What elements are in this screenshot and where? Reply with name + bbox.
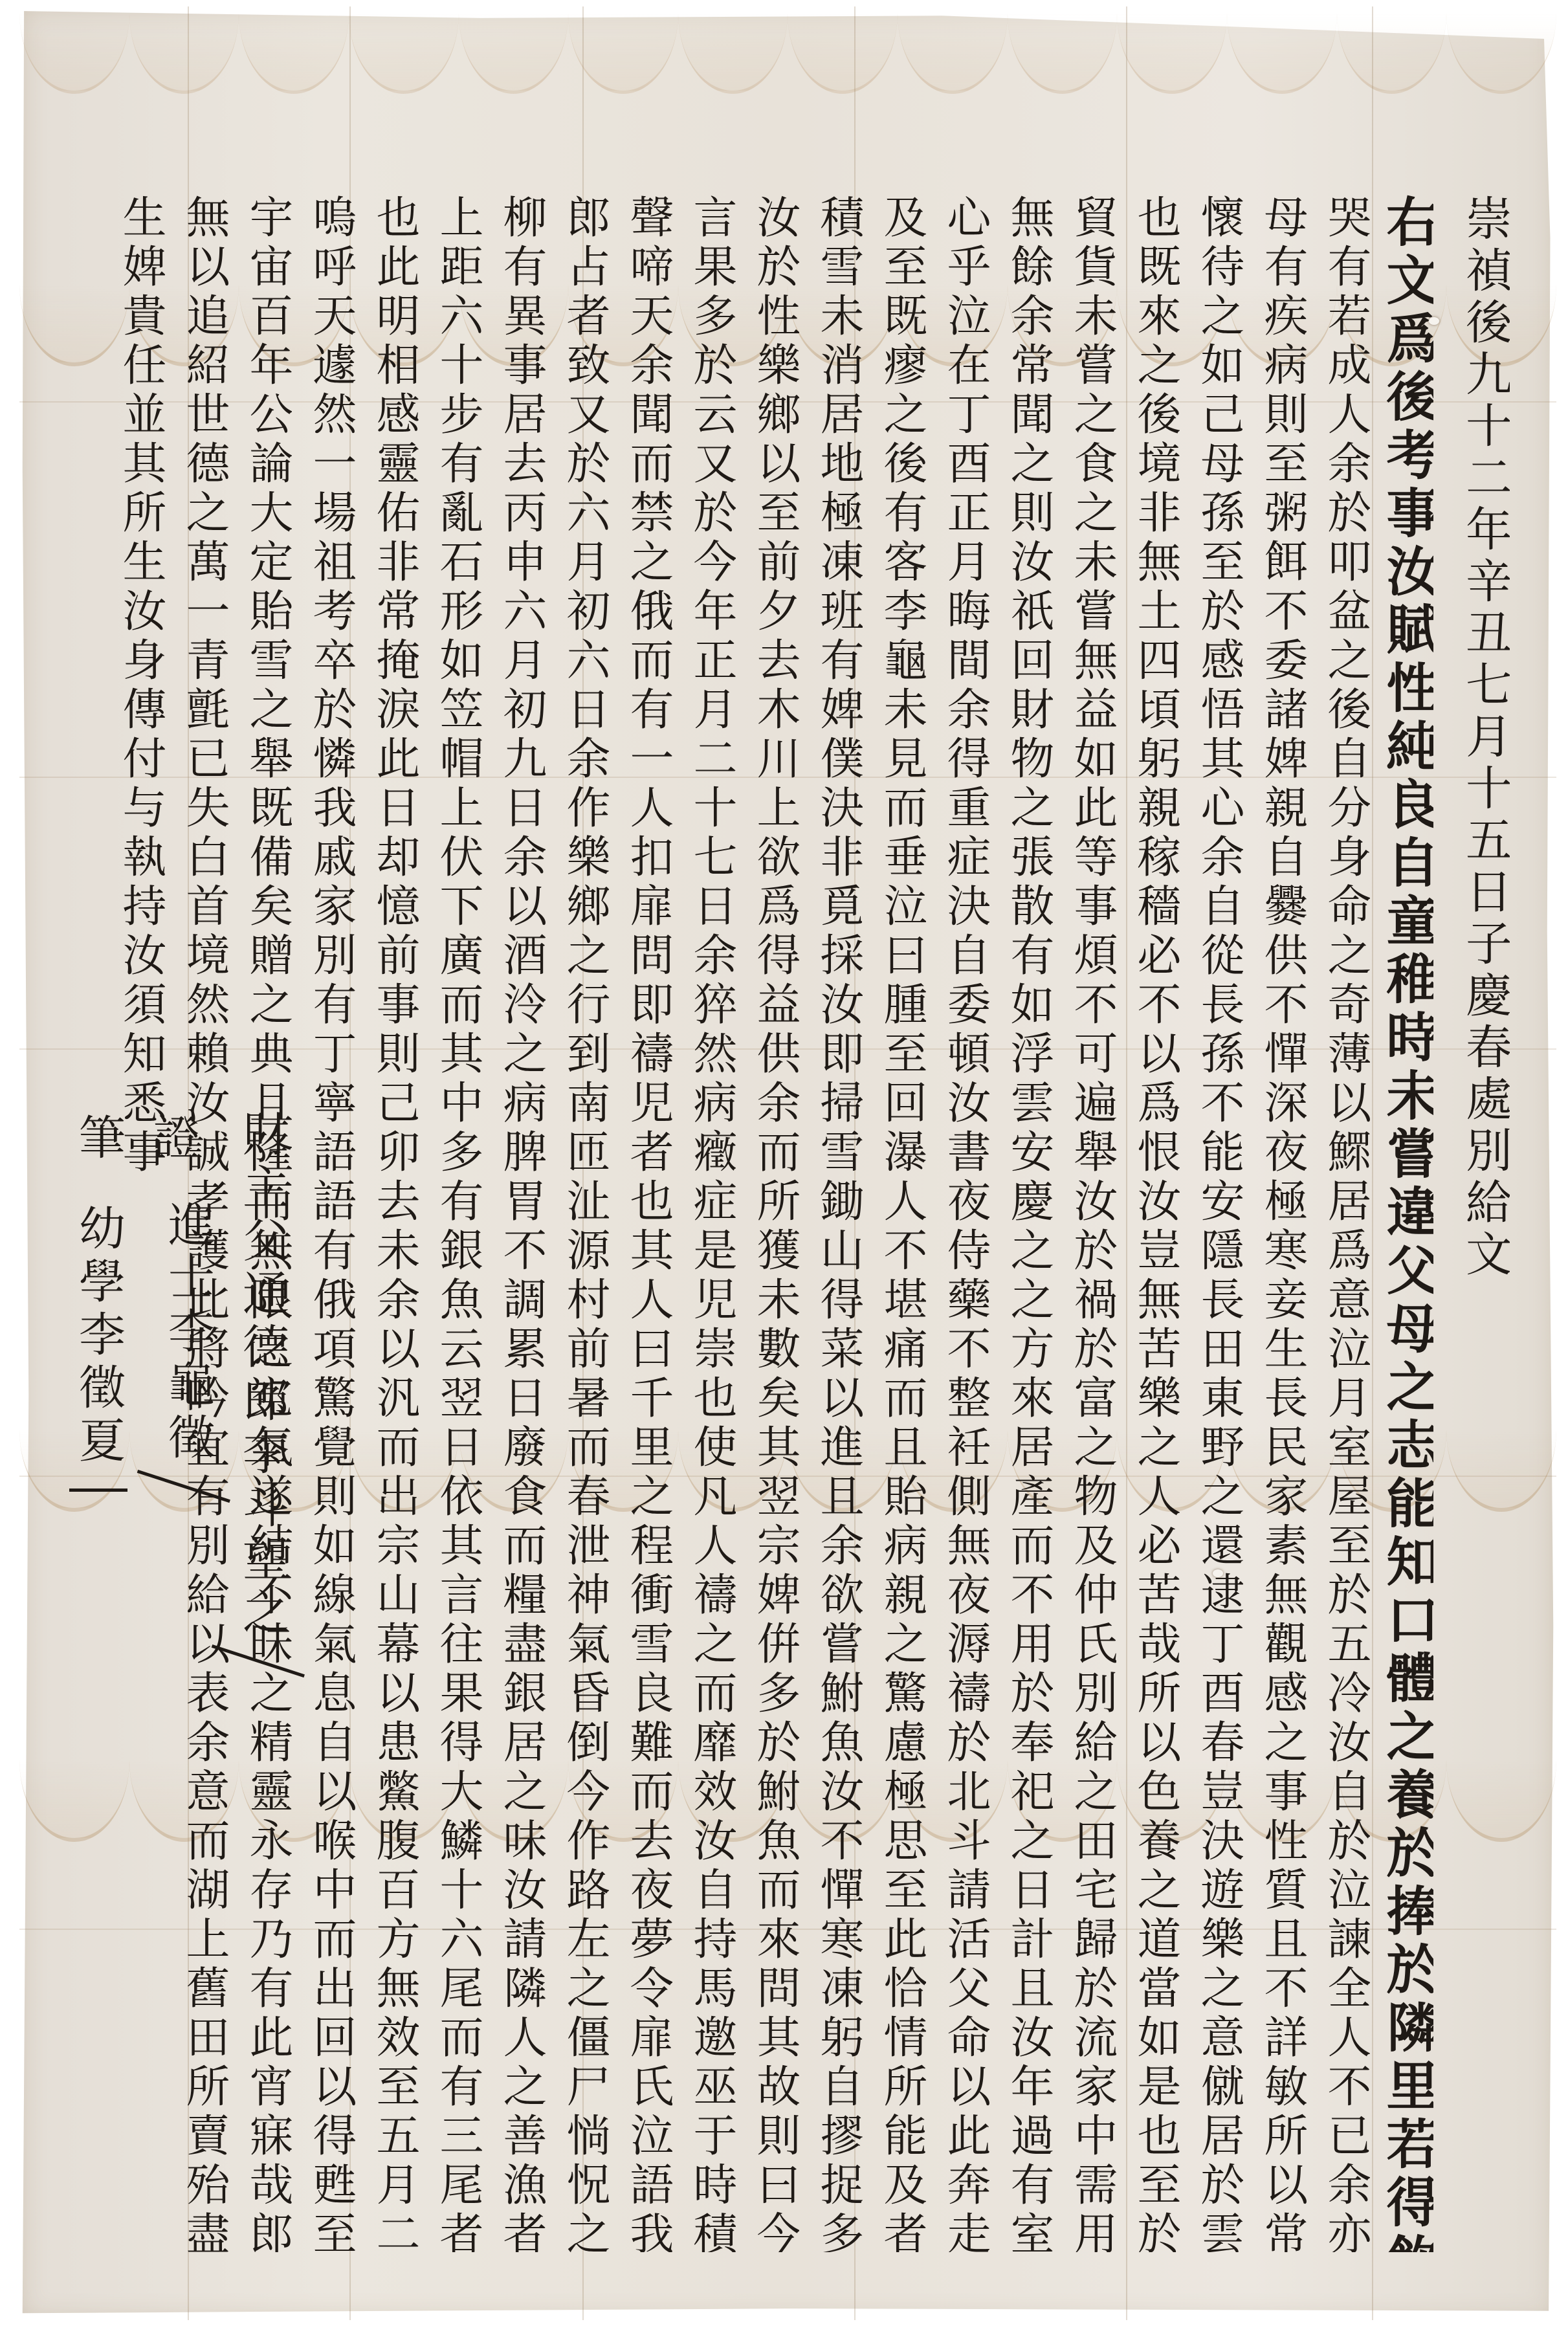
- text-columns: 崇禎後九十二年辛丑七月十五日子慶春處別給文 右文爲後考事汝賦性純良自童稚時未嘗違…: [116, 194, 1510, 2252]
- witness-label-block: 證: [139, 1113, 206, 1166]
- text-column: 也此明相感靈佑非常掩淚此日却憶前事則己卯去未余以汎而出宗山幕以患鱉腹百方無效至五…: [370, 194, 419, 2252]
- text-column: 無餘余常聞之則汝祇回財物之張散有如浮雲安慶之之方來居產而不用於奉祀之日計且汝年過…: [1004, 194, 1053, 2252]
- text-column: 聲啼天余聞而禁之俄而有一人扣扉問即禱児者也其人曰千里之程衝雪良難而去夜夢令扉氏泣…: [623, 194, 672, 2252]
- witness-label: 證: [139, 1113, 206, 1166]
- scribe-signature: 幼學李徵夏: [65, 1204, 132, 1492]
- text-column: 懷待之如己母孫至於感悟其心余自從長孫不能安隱長田東野之還逮丁酉春豈決遊樂之意僦居…: [1194, 194, 1243, 2252]
- text-column: 上距六十步有亂石形如笠帽上伏下廣而其中多有銀魚云翌日依其言往果得大鱗十六尾而有三…: [433, 194, 482, 2252]
- text-column: 也既來之後境非無土四頃躬親稼穡必不以爲恨汝豈無苦樂之人必苦哉所以色養之道當如是也…: [1131, 194, 1180, 2252]
- text-column: 母有疾病則至粥餌不委諸婢親自爨供不憚深夜極寒妾生長民家素無觀感之事性質且不詳敏所…: [1257, 194, 1307, 2252]
- scribe-label-block: 筆: [65, 1113, 132, 1166]
- text-column: 言果多於云又於今年正月二十七日余猝然病癥症是児崇也使凡人禱之而靡效汝自持馬邀巫于…: [687, 194, 736, 2252]
- text-column: 右文爲後考事汝賦性純良自童稚時未嘗違父母之志能知口體之養於捧於隣里若得飲食之物則…: [1384, 194, 1433, 2252]
- water-stain-top: [19, 13, 1556, 91]
- signature-stroke: [69, 1463, 127, 1492]
- text-column: 嗚呼天遽然一場祖考卒於憐我戚家別有丁寧語語有俄項驚覺則如線氣息自以喉中而出回以得…: [306, 194, 355, 2252]
- text-column: 柳有異事居去丙申六月初九日余以酒泠之病脾胃不調累日廢食而糧盡銀居之味汝請隣人之善…: [496, 194, 546, 2252]
- text-column: 哭有若成人余於叩盆之後自分身命之奇薄以鰥居爲意泣月室屋至於五冷汝自於泣諫全人不已…: [1321, 194, 1370, 2252]
- scribe-label: 筆: [65, 1113, 132, 1166]
- text-column: 積雪未消居地極凍班有婢僕決非覓採汝即掃雪鋤山得菜以進且余欲嘗鮒魚汝不憚寒凍躬自摎…: [813, 194, 863, 2252]
- text-column: 汝於性樂鄉以至前夕去木川上欲爲得益供余而所獲未數矣其翌宗婢倂多於鮒魚而來問其故則…: [750, 194, 799, 2252]
- document-header: 崇禎後九十二年辛丑七月十五日子慶春處別給文: [1461, 194, 1510, 2252]
- witness-signature: 進士李龜徵: [139, 1201, 236, 1488]
- owner-name: 財主父通德郎李斗望: [228, 1110, 296, 1588]
- text-column: 心乎泣在丁酉正月晦間余得重症決自委頓汝書夜侍藥不整衽側無夜溽禱於北斗請活父命以此…: [940, 194, 989, 2252]
- witness-name: 進士李龜徵: [154, 1201, 221, 1466]
- text-column: 郎占者致又於六月初六日余作樂鄉之行到南匝沚源村前暑而春泄神氣昏倒今作路左之僵尸惝…: [560, 194, 609, 2252]
- scribe-name: 幼學李徵夏: [65, 1204, 132, 1469]
- text-column: 貿貨未嘗之食之未嘗無益如此等事煩不可遍舉汝於禍於富之物及仲氏別給之田宅歸於流家中…: [1067, 194, 1116, 2252]
- text-column: 及至既瘳之後有客李龜未見而垂泣曰腫至回瀑人不堪痛而且貽病親之驚慮極思至此恰情所能…: [877, 194, 926, 2252]
